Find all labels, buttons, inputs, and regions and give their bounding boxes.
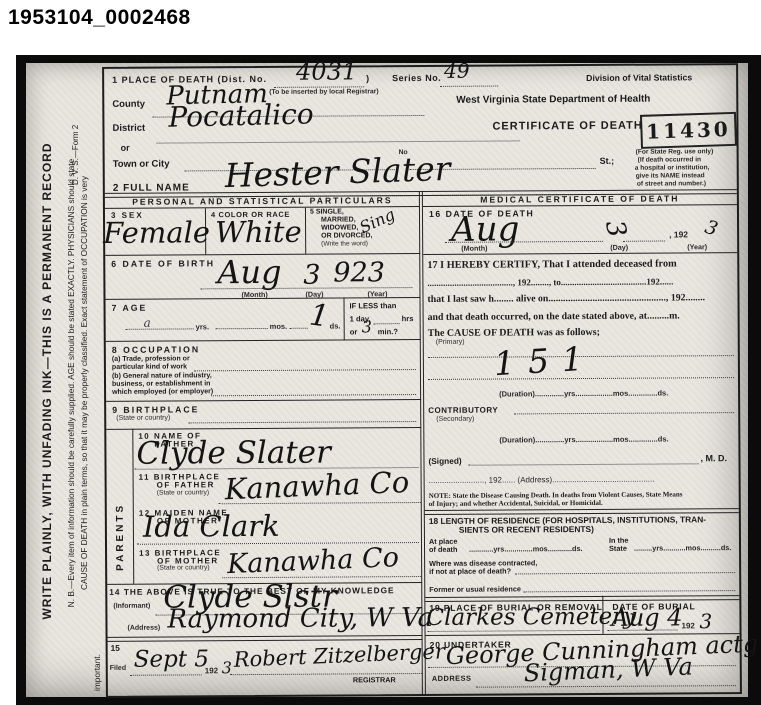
- informant-address-handwriting: Raymond City, W Va: [167, 605, 433, 633]
- dotted-line: [211, 394, 416, 396]
- cause-of-death-label: The CAUSE OF DEATH was as follows;: [428, 327, 600, 339]
- md-label: , M. D.: [700, 453, 727, 463]
- certify-statement-line3: that I last saw h........ alive on......…: [427, 292, 735, 305]
- sex-value-handwriting: Female: [103, 218, 210, 248]
- mother-name-handwriting: Ida Clark: [143, 512, 280, 542]
- birthplace-label: 9 BIRTHPLACE: [112, 404, 199, 415]
- local-registrar-note: (To be inserted by local Registrar): [269, 88, 378, 96]
- medical-section-banner: MEDICAL CERTIFICATE OF DEATH: [423, 193, 737, 205]
- scan-background: WRITE PLAINLY, WITH UNFADING INK—THIS IS…: [16, 55, 761, 705]
- occupation-b-line1: (b) General nature of industry,: [112, 372, 212, 380]
- filed-year-printed: 192: [205, 666, 218, 675]
- dotted-line: [374, 323, 400, 324]
- occupation-label: 8 OCCUPATION: [112, 344, 200, 355]
- division-title: Division of Vital Statistics: [586, 72, 692, 83]
- death-month-caption: (Month): [461, 244, 487, 253]
- st-label: St.;: [600, 156, 615, 166]
- dotted-line: [445, 241, 603, 243]
- dotted-line: [514, 412, 734, 414]
- date-of-birth-label: 6 DATE OF BIRTH: [111, 258, 215, 269]
- occupation-b-line3: which employed (or employer): [112, 388, 213, 396]
- personal-section-banner: PERSONAL AND STATISTICAL PARTICULARS: [105, 195, 420, 207]
- certificate-title: CERTIFICATE OF DEATH: [492, 120, 642, 133]
- or-label: or: [121, 143, 130, 153]
- cell-divider: [343, 297, 344, 339]
- disease-contracted-label-line2: if not at place of death?: [429, 566, 511, 576]
- death-day-handwriting: 3: [601, 218, 630, 240]
- county-label: County: [112, 99, 145, 110]
- occupation-a-line1: (a) Trade, profession or: [112, 355, 190, 362]
- hospital-note-line4: of street and number.): [637, 180, 706, 187]
- contributory-label: CONTRIBUTORY: [428, 406, 498, 415]
- cell-divider: [305, 208, 306, 254]
- at-place-duration-dots: ............yrs..............mos........…: [469, 544, 605, 554]
- burial-date-handwriting: Aug 4: [611, 605, 682, 629]
- marital-value-handwriting: Sing: [357, 206, 397, 236]
- dotted-line: [290, 328, 308, 329]
- series-no-label: Series No.: [392, 73, 441, 83]
- marital-label-line2: MARRIED,: [321, 216, 356, 223]
- margin-nb-note-line2: CAUSE OF DEATH in plain terms, so that i…: [79, 75, 89, 691]
- occupation-b-line2: business, or establishment in: [112, 380, 210, 388]
- row-rule: [106, 427, 421, 430]
- burial-place-handwriting: Clarkes Cemetery: [426, 606, 636, 630]
- occupation-a-line2: particular kind of work: [112, 363, 187, 370]
- signed-date-address-line: ........................., 192...... (Ad…: [429, 474, 735, 485]
- district-label: District: [112, 123, 145, 134]
- death-year-printed: , 192: [669, 229, 688, 239]
- mother-birthplace-state-caption: (State or country): [157, 564, 210, 571]
- yrs-label: yrs.: [196, 322, 209, 331]
- in-state-label-line2: State: [609, 544, 627, 553]
- parents-inner-divider: [132, 429, 134, 584]
- birthplace-state-caption: (State or country): [116, 415, 170, 422]
- age-years-mark-handwriting: a: [144, 317, 151, 329]
- birth-day-handwriting: 3: [303, 262, 320, 289]
- margin-nb-note-line3: important.: [92, 551, 102, 691]
- father-birthplace-label-line2: OF FATHER: [157, 480, 215, 489]
- parents-section-label: PARENTS: [114, 431, 126, 571]
- row-rule: [106, 399, 421, 402]
- secondary-duration-line: (Duration)..............yrs.............…: [499, 434, 735, 444]
- certify-statement-line4: and that death occurred, on the date sta…: [428, 310, 736, 323]
- marital-label-line3: WIDOWED,: [321, 224, 358, 231]
- dotted-line: [188, 421, 416, 423]
- dotted-line: [523, 590, 735, 592]
- registrar-signature-handwriting: Robert Zitzelberger: [233, 641, 445, 671]
- if-less-than-label: IF LESS than: [350, 301, 397, 310]
- hospital-note-line1: (If death occurred in: [638, 156, 701, 163]
- dotted-line: [157, 140, 520, 143]
- hospital-note-line2: a hospital or institution,: [635, 164, 710, 171]
- secondary-caption: (Secondary): [436, 416, 474, 423]
- dotted-line: [515, 572, 735, 574]
- age-min-handwriting: 3: [362, 319, 372, 335]
- margin-bold-notice: WRITE PLAINLY, WITH UNFADING INK—THIS IS…: [40, 81, 54, 681]
- primary-caption: (Primary): [436, 339, 465, 346]
- informant-caption: (Informant): [113, 603, 150, 610]
- district-value-handwriting: Pocatalico: [168, 100, 314, 131]
- dotted-line: [440, 86, 498, 87]
- primary-duration-line: (Duration)..............yrs.............…: [499, 388, 735, 398]
- filed-date-handwriting: Sept 5: [134, 648, 209, 671]
- father-birthplace-state-caption: (State or country): [157, 489, 210, 496]
- marital-write-word-note: (Write the word): [321, 240, 368, 247]
- death-year-caption: (Year): [687, 242, 707, 251]
- section-rule: [108, 635, 423, 641]
- at-place-label-line2: of death: [429, 545, 457, 554]
- father-name-handwriting: Clyde Slater: [136, 438, 331, 470]
- form-number-label: D. V. S.—Form 2: [71, 73, 80, 185]
- certify-statement-line2: ......................................, …: [427, 276, 735, 288]
- in-state-duration-dots: .........yrs...........mos..........ds.: [634, 543, 736, 553]
- certify-statement-line1: 17 I HEREBY CERTIFY, That I attended dec…: [427, 258, 735, 271]
- or-min-label: or: [350, 327, 358, 336]
- town-or-city-label: Town or City: [113, 159, 170, 170]
- death-year-handwriting: 3: [702, 218, 719, 240]
- certificate-number-stamp: 11430: [640, 112, 737, 149]
- image-filename-label: 1953104_0002468: [8, 6, 191, 30]
- note-line2: of Injury; and whether Accidental, Suici…: [429, 499, 603, 508]
- dotted-line: [623, 241, 665, 242]
- hospital-note-line3: give its NAME instead: [636, 172, 705, 179]
- district-number-handwriting: 4031: [296, 59, 357, 83]
- dotted-line: [130, 674, 202, 675]
- ds-label: ds.: [330, 321, 341, 330]
- certificate-number: 11430: [646, 117, 731, 144]
- undertaker-address-handwriting: Sigman, W Va: [523, 654, 693, 685]
- dotted-line: [469, 463, 699, 465]
- birth-year-handwriting: 923: [333, 259, 385, 286]
- burial-year-printed: 192: [681, 621, 694, 630]
- full-name-handwriting: Hester Slater: [224, 152, 451, 192]
- dotted-line: [428, 377, 734, 380]
- age-days-handwriting: 1: [308, 300, 331, 332]
- certificate-paper: WRITE PLAINLY, WITH UNFADING INK—THIS IS…: [26, 63, 748, 697]
- min-label: min.?: [378, 327, 398, 336]
- series-number-handwriting: 49: [444, 61, 470, 81]
- undertaker-address-label: ADDRESS: [432, 674, 472, 683]
- hrs-label: hrs: [402, 314, 414, 323]
- dotted-line: [219, 502, 421, 504]
- marital-label-line1: 5 SINGLE,: [310, 208, 344, 215]
- dotted-line: [428, 630, 600, 632]
- length-of-residence-label-line2: SIENTS OR RECENT RESIDENTS): [459, 524, 594, 535]
- age-label: 7 AGE: [112, 303, 148, 313]
- death-day-caption: (Day): [610, 243, 628, 252]
- former-residence-label: Former or usual residence: [429, 584, 521, 594]
- filed-label: Filed: [110, 665, 126, 672]
- birth-month-handwriting: Aug: [217, 256, 281, 288]
- state-reg-note: (For State Reg. use only): [636, 148, 714, 155]
- father-birthplace-handwriting: Kanawha Co: [224, 468, 410, 505]
- dotted-line: [476, 685, 736, 688]
- row-rule: [106, 339, 421, 342]
- department-title: West Virginia State Department of Health: [456, 94, 650, 106]
- mother-birthplace-handwriting: Kanawha Co: [227, 544, 400, 578]
- place-close-paren: ): [366, 73, 369, 83]
- dotted-line: [194, 369, 416, 371]
- dotted-line: [216, 328, 268, 329]
- signed-label: (Signed): [428, 456, 461, 466]
- section-15-number: 15: [111, 643, 120, 653]
- cause-of-death-handwriting: 151: [493, 341, 597, 380]
- row-rule: [105, 297, 420, 300]
- certificate-form: 1 PLACE OF DEATH (Dist. No. 4031 ) (To b…: [102, 63, 742, 698]
- burial-year-handwriting: 3: [699, 611, 712, 631]
- race-value-handwriting: White: [215, 218, 302, 248]
- mos-label: mos.: [270, 322, 288, 331]
- dotted-line: [126, 328, 194, 329]
- registrar-label: REGISTRAR: [353, 675, 396, 684]
- informant-address-caption: (Address): [127, 625, 160, 632]
